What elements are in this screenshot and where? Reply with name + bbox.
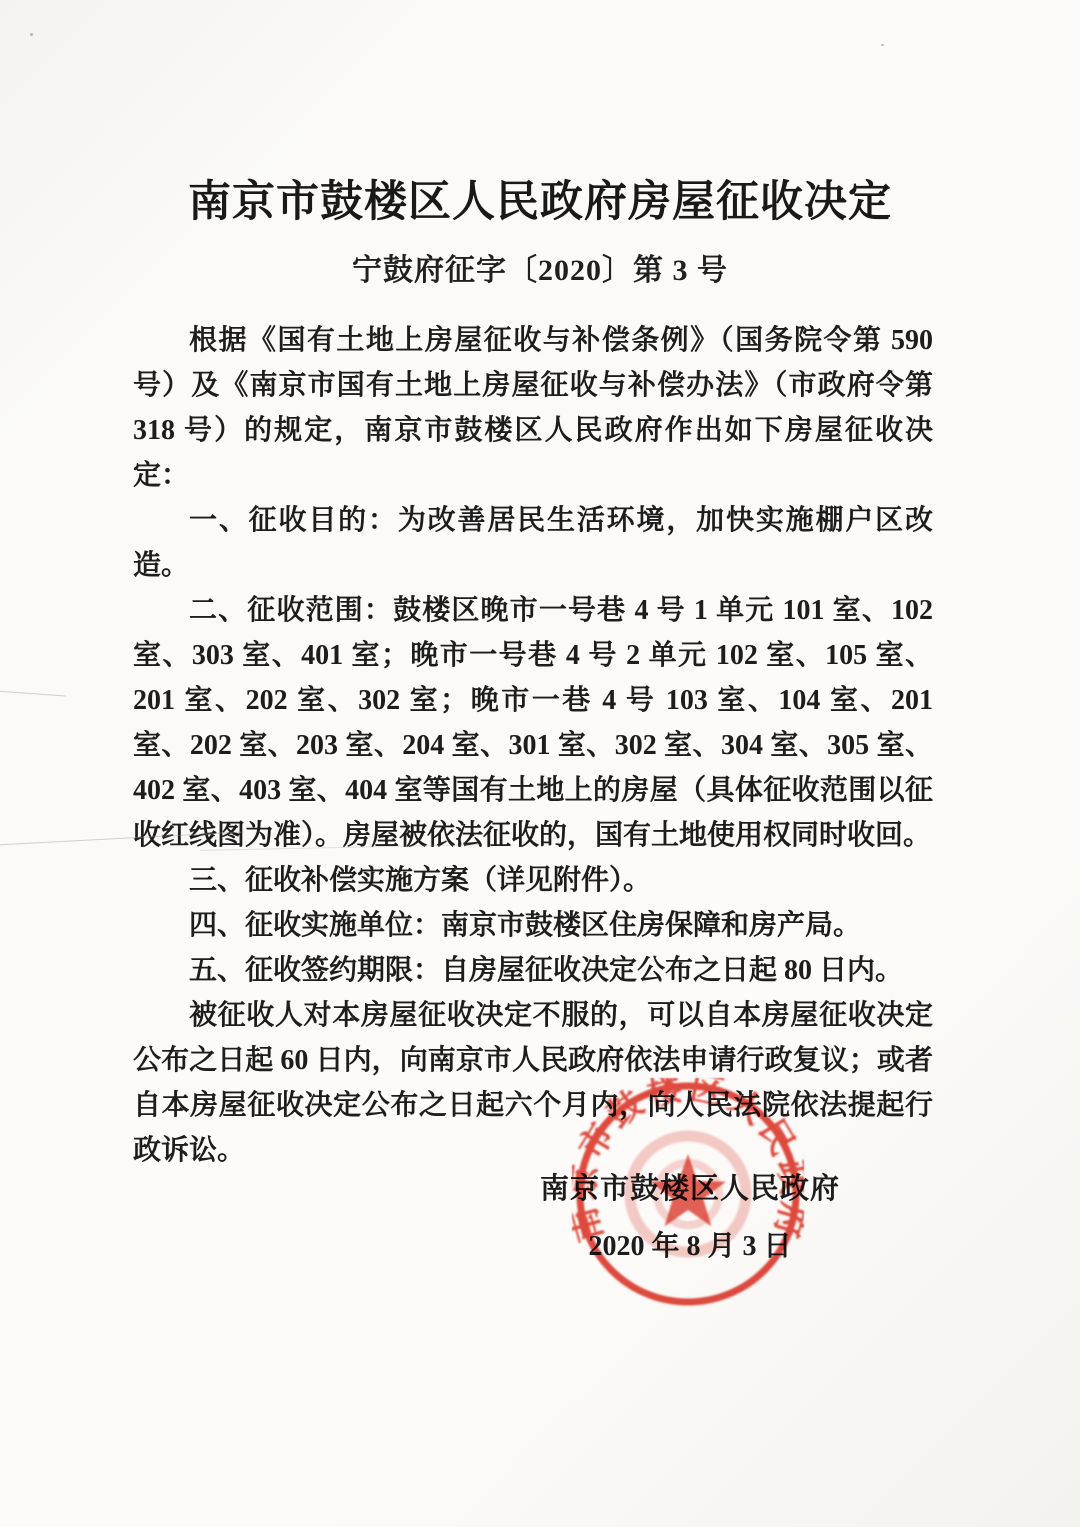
item-2-scope: 二、征收范围：鼓楼区晚市一号巷 4 号 1 单元 101 室、102 室、303… xyxy=(133,588,933,858)
item-5-signing-period: 五、征收签约期限：自房屋征收决定公布之日起 80 日内。 xyxy=(133,948,933,993)
document-body: 根据《国有土地上房屋征收与补偿条例》（国务院令第 590 号）及《南京市国有土地… xyxy=(133,318,933,1173)
item-3-compensation-plan: 三、征收补偿实施方案（详见附件）。 xyxy=(133,858,933,903)
official-seal: 南京市鼓楼区人民政府 xyxy=(572,1078,804,1310)
scan-speck xyxy=(30,33,33,36)
item-1-purpose: 一、征收目的：为改善居民生活环境，加快实施棚户区改造。 xyxy=(133,498,933,588)
appeal-rights-paragraph: 被征收人对本房屋征收决定不服的，可以自本房屋征收决定公布之日起 60 日内，向南… xyxy=(133,993,933,1173)
scan-speck xyxy=(881,44,884,46)
item-4-implementing-unit: 四、征收实施单位：南京市鼓楼区住房保障和房产局。 xyxy=(133,903,933,948)
document-page: 南京市鼓楼区人民政府房屋征收决定 宁鼓府征字〔2020〕第 3 号 根据《国有土… xyxy=(0,0,1080,1527)
paper-crease xyxy=(0,691,66,697)
document-title: 南京市鼓楼区人民政府房屋征收决定 xyxy=(0,168,1080,229)
intro-paragraph: 根据《国有土地上房屋征收与补偿条例》（国务院令第 590 号）及《南京市国有土地… xyxy=(133,318,933,498)
document-number: 宁鼓府征字〔2020〕第 3 号 xyxy=(0,245,1080,289)
